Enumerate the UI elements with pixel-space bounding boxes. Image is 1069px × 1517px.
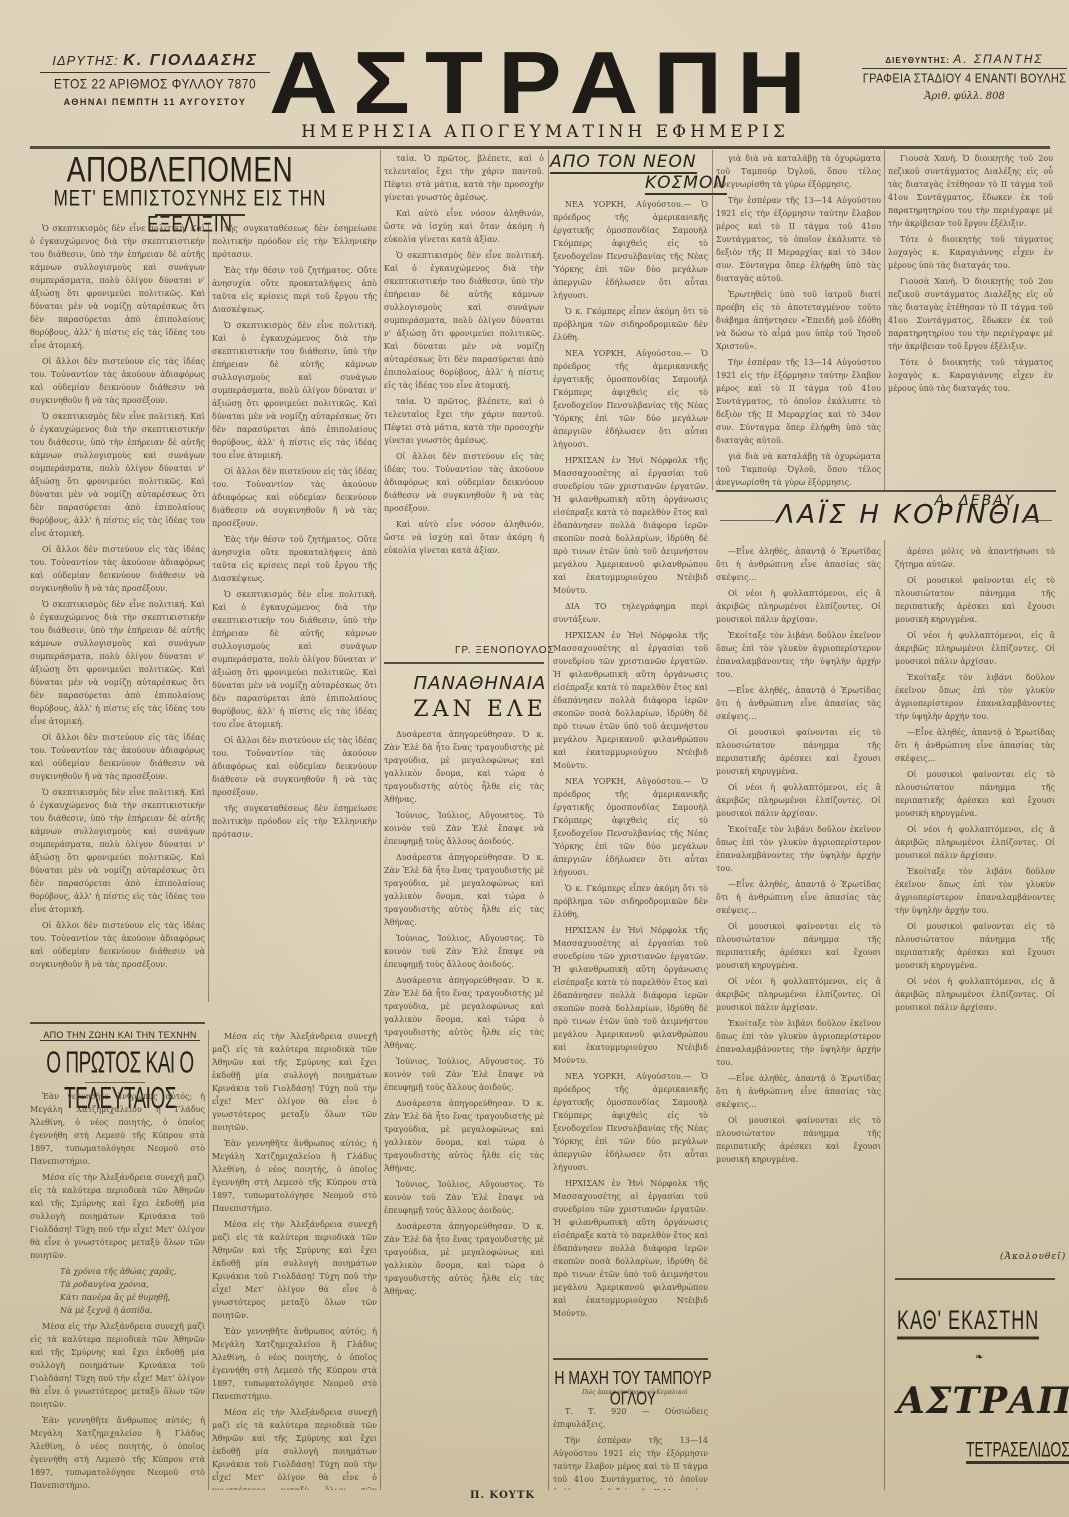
- paragraph: τῆς συγκαταθέσεως δὲν ἐσημείωσε πολιτικὴ…: [212, 222, 377, 261]
- paragraph: —Εἶνε ἀληθές, ἀπαντᾷ ὁ Ἐρωτίδας ὅτι ἡ ἀν…: [716, 684, 881, 723]
- section-rule: [716, 490, 1056, 492]
- paragraph: ἀρέσει μόλις νὰ ἀπαντήσωσι τὸ ζήτημα αὐτ…: [895, 545, 1055, 571]
- lead-column-3: ταία. Ὁ πρῶτος, βλέπετε, καὶ ὁ τελευταῖο…: [384, 152, 544, 592]
- panathenaia-title: ΠΑΝΑΘΗΝΑΙΑ: [400, 673, 560, 694]
- paragraph: Ἐὰν γεννηθῆτε ἄνθρωπος αὐτός; ἡ Μεγάλη Χ…: [30, 1414, 205, 1490]
- paragraph: Οἱ μουσικοὶ φαίνονται εἰς τὸ πλουσιώτατο…: [895, 768, 1055, 820]
- lead-column-1: Ὁ σκεπτικισμὸς δὲν εἶνε πολιτική. Καὶ ὁ …: [30, 222, 205, 1002]
- paragraph: τῆς συγκαταθέσεως δὲν ἐσημείωσε πολιτικὴ…: [212, 802, 377, 841]
- column-divider: [884, 540, 885, 1490]
- header-left-info: ΙΔΡΥΤΗΣ: Κ. ΓΙΟΛΔΑΣΗΣ ΕΤΟΣ 22 ΑΡΙΘΜΟΣ ΦΥ…: [40, 52, 270, 107]
- new-world-body: ΝΕΑ ΥΟΡΚΗ, Αὐγούστου.— Ὁ πρόεδρος τῆς ἀμ…: [553, 198, 708, 1358]
- section-rule: [553, 1358, 708, 1360]
- paragraph: Δυσάρεστα ἀπηγορεύθησαν. Ὁ κ. Ζὰν Ἐλὲ δὰ…: [384, 974, 544, 1052]
- life-art-column-2: Μέσα εἰς τὴν Ἀλεξάνδρεια συνεχῆ μαζὶ εἰς…: [212, 1030, 377, 1490]
- newspaper-page: ΙΔΡΥΤΗΣ: Κ. ΓΙΟΛΔΑΣΗΣ ΕΤΟΣ 22 ΑΡΙΘΜΟΣ ΦΥ…: [0, 0, 1069, 1517]
- paragraph: Ὁ σκεπτικισμὸς δὲν εἶνε πολιτική. Καὶ ὁ …: [384, 249, 544, 392]
- paragraph: ΗΡΧΙΣΑΝ ἐν Ἡνὶ Νόρφολκ τῆς Μασσαχουσέτης…: [553, 629, 708, 772]
- publication-date: ΑΘΗΝΑΙ ΠΕΜΠΤΗ 11 ΑΥΓΟΥΣΤΟΥ: [40, 97, 270, 107]
- paragraph: ΝΕΑ ΥΟΡΚΗ, Αὐγούστου.— Ὁ πρόεδρος τῆς ἀμ…: [553, 775, 708, 879]
- life-art-kicker: ΑΠΟ ΤΗΝ ΖΩΗΝ ΚΑΙ ΤΗΝ ΤΕΧΝΗΝ: [40, 1030, 200, 1041]
- header-right-info: ΔΙΕΥΘΥΝΤΗΣ: Α. ΣΠΑΝΤΗΣ ΓΡΑΦΕΙΑ ΣΤΑΔΙΟΥ 4…: [862, 52, 1067, 102]
- battle-column-2: γιὰ διὰ νὰ καταλάβῃ τὰ ὀχυρώματα τοῦ Ταμ…: [716, 152, 881, 492]
- paragraph: Γιουσὰ Χανὴ. Ὁ διοικητὴς τοῦ 2ου πεζικοῦ…: [888, 275, 1053, 353]
- battle-column-3: Γιουσὰ Χανὴ. Ὁ διοικητὴς τοῦ 2ου πεζικοῦ…: [888, 152, 1053, 492]
- korinthia-signature: (Ἀκολουθεῖ): [1000, 1252, 1066, 1262]
- masthead-rule: [30, 146, 1050, 149]
- new-world-title-2: ΚΟΣΜΟΝ: [645, 173, 727, 195]
- founder-line: ΙΔΡΥΤΗΣ: Κ. ΓΙΟΛΔΑΣΗΣ: [40, 52, 270, 73]
- paragraph: Ἐκοίταξε τὸν λιβάνι δοῦλον ἐκεῖνον ὅπως …: [895, 865, 1055, 917]
- paragraph: Ὁ σκεπτικισμὸς δὲν εἶνε πολιτική. Καὶ ὁ …: [212, 588, 377, 731]
- paragraph: Τὴν ἑσπέραν τῆς 13—14 Αὐγούστου 1921 εἰς…: [553, 1434, 708, 1490]
- new-world-title-1: ΑΠΟ ΤΟΝ ΝΕΟΝ: [550, 152, 697, 174]
- lead-signature: ΓΡ. ΞΕΝΟΠΟΥΛΟΣ: [455, 645, 555, 656]
- paragraph: Ἰούνιος, Ἰούλιος, Αὔγουστος. Τὸ κοινὸν τ…: [384, 1055, 544, 1094]
- section-rule: [30, 1022, 205, 1024]
- paragraph: ταία. Ὁ πρῶτος, βλέπετε, καὶ ὁ τελευταῖο…: [384, 395, 544, 447]
- panathenaia-subtitle: ΖΑΝ ΕΛΕ: [400, 697, 560, 722]
- paragraph: Δυσάρεστα ἀπηγορεύθησαν. Ὁ κ. Ζὰν Ἐλὲ δὰ…: [384, 1097, 544, 1175]
- paragraph: Δυσάρεστα ἀπηγορεύθησαν. Ὁ κ. Ζὰν Ἐλὲ δὰ…: [384, 1220, 544, 1298]
- panathenaia-signature: Π. ΚΟΥΤΚ: [470, 1490, 535, 1501]
- battle-subtitle: Πῶς ἀπεκρούσθησαν οἱ Κεμαλικοὶ: [560, 1389, 710, 1396]
- life-art-body: Ἐὰν γεννηθῆτε ἄνθρωπος αὐτός; ἡ Μεγάλη Χ…: [30, 1090, 205, 1490]
- paragraph: Οἱ ἄλλοι δὲν πιστεύουν εἰς τὰς ἰδέας του…: [30, 919, 205, 971]
- paragraph: Οἱ ἄλλοι δὲν πιστεύουν εἰς τὰς ἰδέας του…: [30, 355, 205, 407]
- paragraph: Ἰούνιος, Ἰούλιος, Αὔγουστος. Τὸ κοινὸν τ…: [384, 809, 544, 848]
- daily-ad-kicker: ΚΑΘ' ΕΚΑΣΤΗΝ: [897, 1305, 1039, 1340]
- paragraph: Ὁ κ. Γκόμπερς εἶπεν ἀκόμη ὅτι τὸ πρόβλημ…: [553, 305, 708, 344]
- paragraph: Δυσάρεστα ἀπηγορεύθησαν. Ὁ κ. Ζὰν Ἐλὲ δὰ…: [384, 851, 544, 929]
- paragraph: ταία. Ὁ πρῶτος, βλέπετε, καὶ ὁ τελευταῖο…: [384, 152, 544, 204]
- paragraph: Οἱ μουσικοὶ φαίνονται εἰς τὸ πλουσιώτατο…: [716, 1114, 881, 1166]
- battle-body-start: Τ. Τ. 920 — Οὐσιώδεις ἐπιφυλάξεις. Τὴν ἑ…: [553, 1405, 708, 1490]
- paragraph: Οἱ νέοι ἡ φυλλαπτόμενοι, εἰς ἃ ἀκριβῶς π…: [895, 823, 1055, 862]
- paragraph: γιὰ διὰ νὰ καταλάβῃ τὰ ὀχυρώματα τοῦ Ταμ…: [716, 450, 881, 489]
- daily-ad-pages: ΤΕΤΡΑΣΕΛΙΔΟΣ: [966, 1437, 1069, 1464]
- paragraph: Οἱ νέοι ἡ φυλλαπτόμενοι, εἰς ἃ ἀκριβῶς π…: [716, 975, 881, 1014]
- director-line: ΔΙΕΥΘΥΝΤΗΣ: Α. ΣΠΑΝΤΗΣ: [862, 52, 1067, 69]
- paragraph: Μέσα εἰς τὴν Ἀλεξάνδρεια συνεχῆ μαζὶ εἰς…: [30, 1171, 205, 1262]
- korinthia-title: ΛΑΪΣ Η ΚΟΡΙΝΘΙΑ: [760, 500, 1060, 530]
- paragraph: Ἐκοίταξε τὸν λιβάνι δοῦλον ἐκεῖνον ὅπως …: [716, 823, 881, 875]
- paragraph: Οἱ ἄλλοι δὲν πιστεύουν εἰς τὰς ἰδέας του…: [212, 734, 377, 799]
- paragraph: ΗΡΧΙΣΑΝ ἐν Ἡνὶ Νόρφολκ τῆς Μασσαχουσέτης…: [553, 924, 708, 1067]
- paragraph: Μέσα εἰς τὴν Ἀλεξάνδρεια συνεχῆ μαζὶ εἰς…: [212, 1030, 377, 1134]
- paragraph: Ἐὰν γεννηθῆτε ἄνθρωπος αὐτός; ἡ Μεγάλη Χ…: [212, 1325, 377, 1403]
- paragraph: Γιουσὰ Χανὴ. Ὁ διοικητὴς τοῦ 2ου πεζικοῦ…: [888, 152, 1053, 230]
- founder-name: Κ. ΓΙΟΛΔΑΣΗΣ: [123, 52, 258, 69]
- paragraph: Μέσα εἰς τὴν Ἀλεξάνδρεια συνεχῆ μαζὶ εἰς…: [212, 1218, 377, 1322]
- director-name: Α. ΣΠΑΝΤΗΣ: [953, 52, 1043, 66]
- paragraph: Ἰούνιος, Ἰούλιος, Αὔγουστος. Τὸ κοινὸν τ…: [384, 932, 544, 971]
- column-divider: [380, 150, 381, 1490]
- newspaper-subtitle: ΗΜΕΡΗΣΙΑ ΑΠΟΓΕΥΜΑΤΙΝΗ ΕΦΗΜΕΡΙΣ: [255, 122, 835, 142]
- paragraph: ΔΙΑ ΤΟ τηλεγράφημα περὶ συντάξεων.: [553, 600, 708, 626]
- director-label: ΔΙΕΥΘΥΝΤΗΣ:: [885, 56, 950, 65]
- paragraph: Μέσα εἰς τὴν Ἀλεξάνδρεια συνεχῆ μαζὶ εἰς…: [30, 1320, 205, 1411]
- paragraph: Οἱ νέοι ἡ φυλλαπτόμενοι, εἰς ἃ ἀκριβῶς π…: [895, 629, 1055, 668]
- paragraph: Οἱ νέοι ἡ φυλλαπτόμενοι, εἰς ἃ ἀκριβῶς π…: [716, 587, 881, 626]
- daily-ad-name: ΑΣΤΡΑΠΗ: [897, 1380, 1069, 1422]
- column-divider: [208, 1030, 209, 1490]
- paragraph: Ἐὰς τὴν θέσιν τοῦ ζητήματος. Οὔτε ἀνησυχ…: [212, 264, 377, 316]
- paragraph: Τ. Τ. 920 — Οὐσιώδεις ἐπιφυλάξεις.: [553, 1405, 708, 1431]
- paragraph: Τὴν ἑσπέραν τῆς 13—14 Αὐγούστου 1921 εἰς…: [716, 194, 881, 285]
- paragraph: ΝΕΑ ΥΟΡΚΗ, Αὐγούστου.— Ὁ πρόεδρος τῆς ἀμ…: [553, 1070, 708, 1174]
- paragraph: Οἱ ἄλλοι δὲν πιστεύουν εἰς τὰς ἰδέας του…: [212, 465, 377, 530]
- paragraph: Ἐὰν γεννηθῆτε ἄνθρωπος αὐτός; ἡ Μεγάλη Χ…: [30, 1090, 205, 1168]
- paragraph: Μέσα εἰς τὴν Ἀλεξάνδρεια συνεχῆ μαζὶ εἰς…: [212, 1406, 377, 1490]
- paragraph: Τότε ὁ διοικητὴς τοῦ τάγματος λοχαγὸς κ.…: [888, 356, 1053, 395]
- paragraph: —Εἶνε ἀληθές, ἀπαντᾷ ὁ Ἐρωτίδας ὅτι ἡ ἀν…: [716, 545, 881, 584]
- paragraph: Οἱ μουσικοὶ φαίνονται εἰς τὸ πλουσιώτατο…: [895, 920, 1055, 972]
- paragraph: Ὁ κ. Γκόμπερς εἶπεν ἀκόμη ὅτι τὸ πρόβλημ…: [553, 882, 708, 921]
- paragraph: ΗΡΧΙΣΑΝ ἐν Ἡνὶ Νόρφολκ τῆς Μασσαχουσέτης…: [553, 454, 708, 597]
- paragraph: Οἱ μουσικοὶ φαίνονται εἰς τὸ πλουσιώτατο…: [716, 920, 881, 972]
- paragraph: γιὰ διὰ νὰ καταλάβῃ τὰ ὀχυρώματα τοῦ Ταμ…: [716, 152, 881, 191]
- paragraph: Οἱ μουσικοὶ φαίνονται εἰς τὸ πλουσιώτατο…: [895, 574, 1055, 626]
- paragraph: Ἐὰς τὴν θέσιν τοῦ ζητήματος. Οὔτε ἀνησυχ…: [212, 533, 377, 585]
- lead-column-2: τῆς συγκαταθέσεως δὲν ἐσημείωσε πολιτικὴ…: [212, 222, 377, 1022]
- masthead: ΑΣΤΡΑΠΗ ΗΜΕΡΗΣΙΑ ΑΠΟΓΕΥΜΑΤΙΝΗ ΕΦΗΜΕΡΙΣ: [280, 40, 810, 126]
- paragraph: Ἐκοίταξε τὸν λιβάνι δοῦλον ἐκεῖνον ὅπως …: [895, 671, 1055, 723]
- paragraph: Οἱ ἄλλοι δὲν πιστεύουν εἰς τὰς ἰδέας του…: [30, 731, 205, 783]
- ornament-rule: [1022, 520, 1052, 521]
- paragraph: Οἱ νέοι ἡ φυλλαπτόμενοι, εἰς ἃ ἀκριβῶς π…: [895, 975, 1055, 1014]
- column-divider: [884, 150, 885, 490]
- paragraph: Ἐὰν γεννηθῆτε ἄνθρωπος αὐτός; ἡ Μεγάλη Χ…: [212, 1137, 377, 1215]
- column-divider: [712, 150, 713, 490]
- ornament-icon: ❧: [975, 1352, 983, 1363]
- paragraph: —Εἶνε ἀληθές, ἀπαντᾷ ὁ Ἐρωτίδας ὅτι ἡ ἀν…: [895, 726, 1055, 765]
- column-divider: [208, 222, 209, 1002]
- section-rule: [895, 1278, 1055, 1280]
- paragraph: Ὁ σκεπτικισμὸς δὲν εἶνε πολιτική. Καὶ ὁ …: [30, 786, 205, 916]
- poem: Τὰ χρόνια τῆς ἀθώας χαρᾶς, Τὰ ροδαυγίνα …: [30, 1265, 205, 1317]
- paragraph: Οἱ ἄλλοι δὲν πιστεύουν εἰς τὰς ἰδέας του…: [384, 450, 544, 515]
- paragraph: —Εἶνε ἀληθές, ἀπαντᾷ ὁ Ἐρωτίδας ὅτι ἡ ἀν…: [716, 1072, 881, 1111]
- paragraph: Τότε ὁ διοικητὴς τοῦ τάγματος λοχαγὸς κ.…: [888, 233, 1053, 272]
- founder-label: ΙΔΡΥΤΗΣ:: [52, 53, 118, 68]
- paragraph: Ἰούνιος, Ἰούλιος, Αὔγουστος. Τὸ κοινὸν τ…: [384, 1178, 544, 1217]
- korinthia-column-1: —Εἶνε ἀληθές, ἀπαντᾷ ὁ Ἐρωτίδας ὅτι ἡ ἀν…: [716, 545, 881, 1490]
- paragraph: Ὁ σκεπτικισμὸς δὲν εἶνε πολιτική. Καὶ ὁ …: [30, 598, 205, 728]
- paragraph: ΝΕΑ ΥΟΡΚΗ, Αὐγούστου.— Ὁ πρόεδρος τῆς ἀμ…: [553, 347, 708, 451]
- korinthia-column-2: ἀρέσει μόλις νὰ ἀπαντήσωσι τὸ ζήτημα αὐτ…: [895, 545, 1055, 1240]
- lead-rule: [155, 214, 245, 216]
- section-rule: [384, 662, 544, 664]
- paragraph: Οἱ μουσικοὶ φαίνονται εἰς τὸ πλουσιώτατο…: [716, 726, 881, 778]
- paragraph: Καὶ αὐτὸ εἶνε νόσον ἀληθινόν, ὥστε νὰ ἰσ…: [384, 207, 544, 246]
- paragraph: Ὁ σκεπτικισμὸς δὲν εἶνε πολιτική. Καὶ ὁ …: [212, 319, 377, 462]
- paragraph: Δυσάρεστα ἀπηγορεύθησαν. Ὁ κ. Ζὰν Ἐλὲ δὰ…: [384, 728, 544, 806]
- battle-title: Η ΜΑΧΗ ΤΟΥ ΤΑΜΠΟΥΡ ΟΓΛΟΥ: [553, 1367, 713, 1409]
- ornament-rule: [720, 520, 775, 521]
- sheet-number: Ἀριθ. φύλλ. 808: [862, 91, 1067, 102]
- paragraph: Ὁ σκεπτικισμὸς δὲν εἶνε πολιτική. Καὶ ὁ …: [30, 222, 205, 352]
- title-rule: [85, 1082, 145, 1083]
- paragraph: —Εἶνε ἀληθές, ἀπαντᾷ ὁ Ἐρωτίδας ὅτι ἡ ἀν…: [716, 878, 881, 917]
- paragraph: Οἱ νέοι ἡ φυλλαπτόμενοι, εἰς ἃ ἀκριβῶς π…: [716, 781, 881, 820]
- panathenaia-body: Δυσάρεστα ἀπηγορεύθησαν. Ὁ κ. Ζὰν Ἐλὲ δὰ…: [384, 728, 544, 1468]
- paragraph: Οἱ ἄλλοι δὲν πιστεύουν εἰς τὰς ἰδέας του…: [30, 543, 205, 595]
- paragraph: Ἐκοίταξε τὸν λιβάνι δοῦλον ἐκεῖνον ὅπως …: [716, 1017, 881, 1069]
- column-divider: [548, 150, 549, 1490]
- offices-address: ΓΡΑΦΕΙΑ ΣΤΑΔΙΟΥ 4 ΕΝΑΝΤΙ ΒΟΥΛΗΣ: [862, 72, 1067, 86]
- issue-number: ΕΤΟΣ 22 ΑΡΙΘΜΟΣ ΦΥΛΛΟΥ 7870: [40, 76, 270, 92]
- newspaper-title: ΑΣΤΡΑΠΗ: [259, 40, 831, 126]
- paragraph: Ὁ σκεπτικισμὸς δὲν εἶνε πολιτική. Καὶ ὁ …: [30, 410, 205, 540]
- paragraph: Καὶ αὐτὸ εἶνε νόσον ἀληθινόν, ὥστε νὰ ἰσ…: [384, 518, 544, 557]
- paragraph: Ἐκοίταξε τὸν λιβάνι δοῦλον ἐκεῖνον ὅπως …: [716, 629, 881, 681]
- paragraph: Τὴν ἑσπέραν τῆς 13—14 Αὐγούστου 1921 εἰς…: [716, 356, 881, 447]
- paragraph: ΝΕΑ ΥΟΡΚΗ, Αὐγούστου.— Ὁ πρόεδρος τῆς ἀμ…: [553, 198, 708, 302]
- lead-headline: ΑΠΟΒΛΕΠΟΜΕΝ: [30, 150, 330, 190]
- paragraph: ΗΡΧΙΣΑΝ ἐν Ἡνὶ Νόρφολκ τῆς Μασσαχουσέτης…: [553, 1177, 708, 1320]
- paragraph: Ἐρωτηθεὶς ὑπὸ τοῦ ἰατροῦ διατί προέβη εἰ…: [716, 288, 881, 353]
